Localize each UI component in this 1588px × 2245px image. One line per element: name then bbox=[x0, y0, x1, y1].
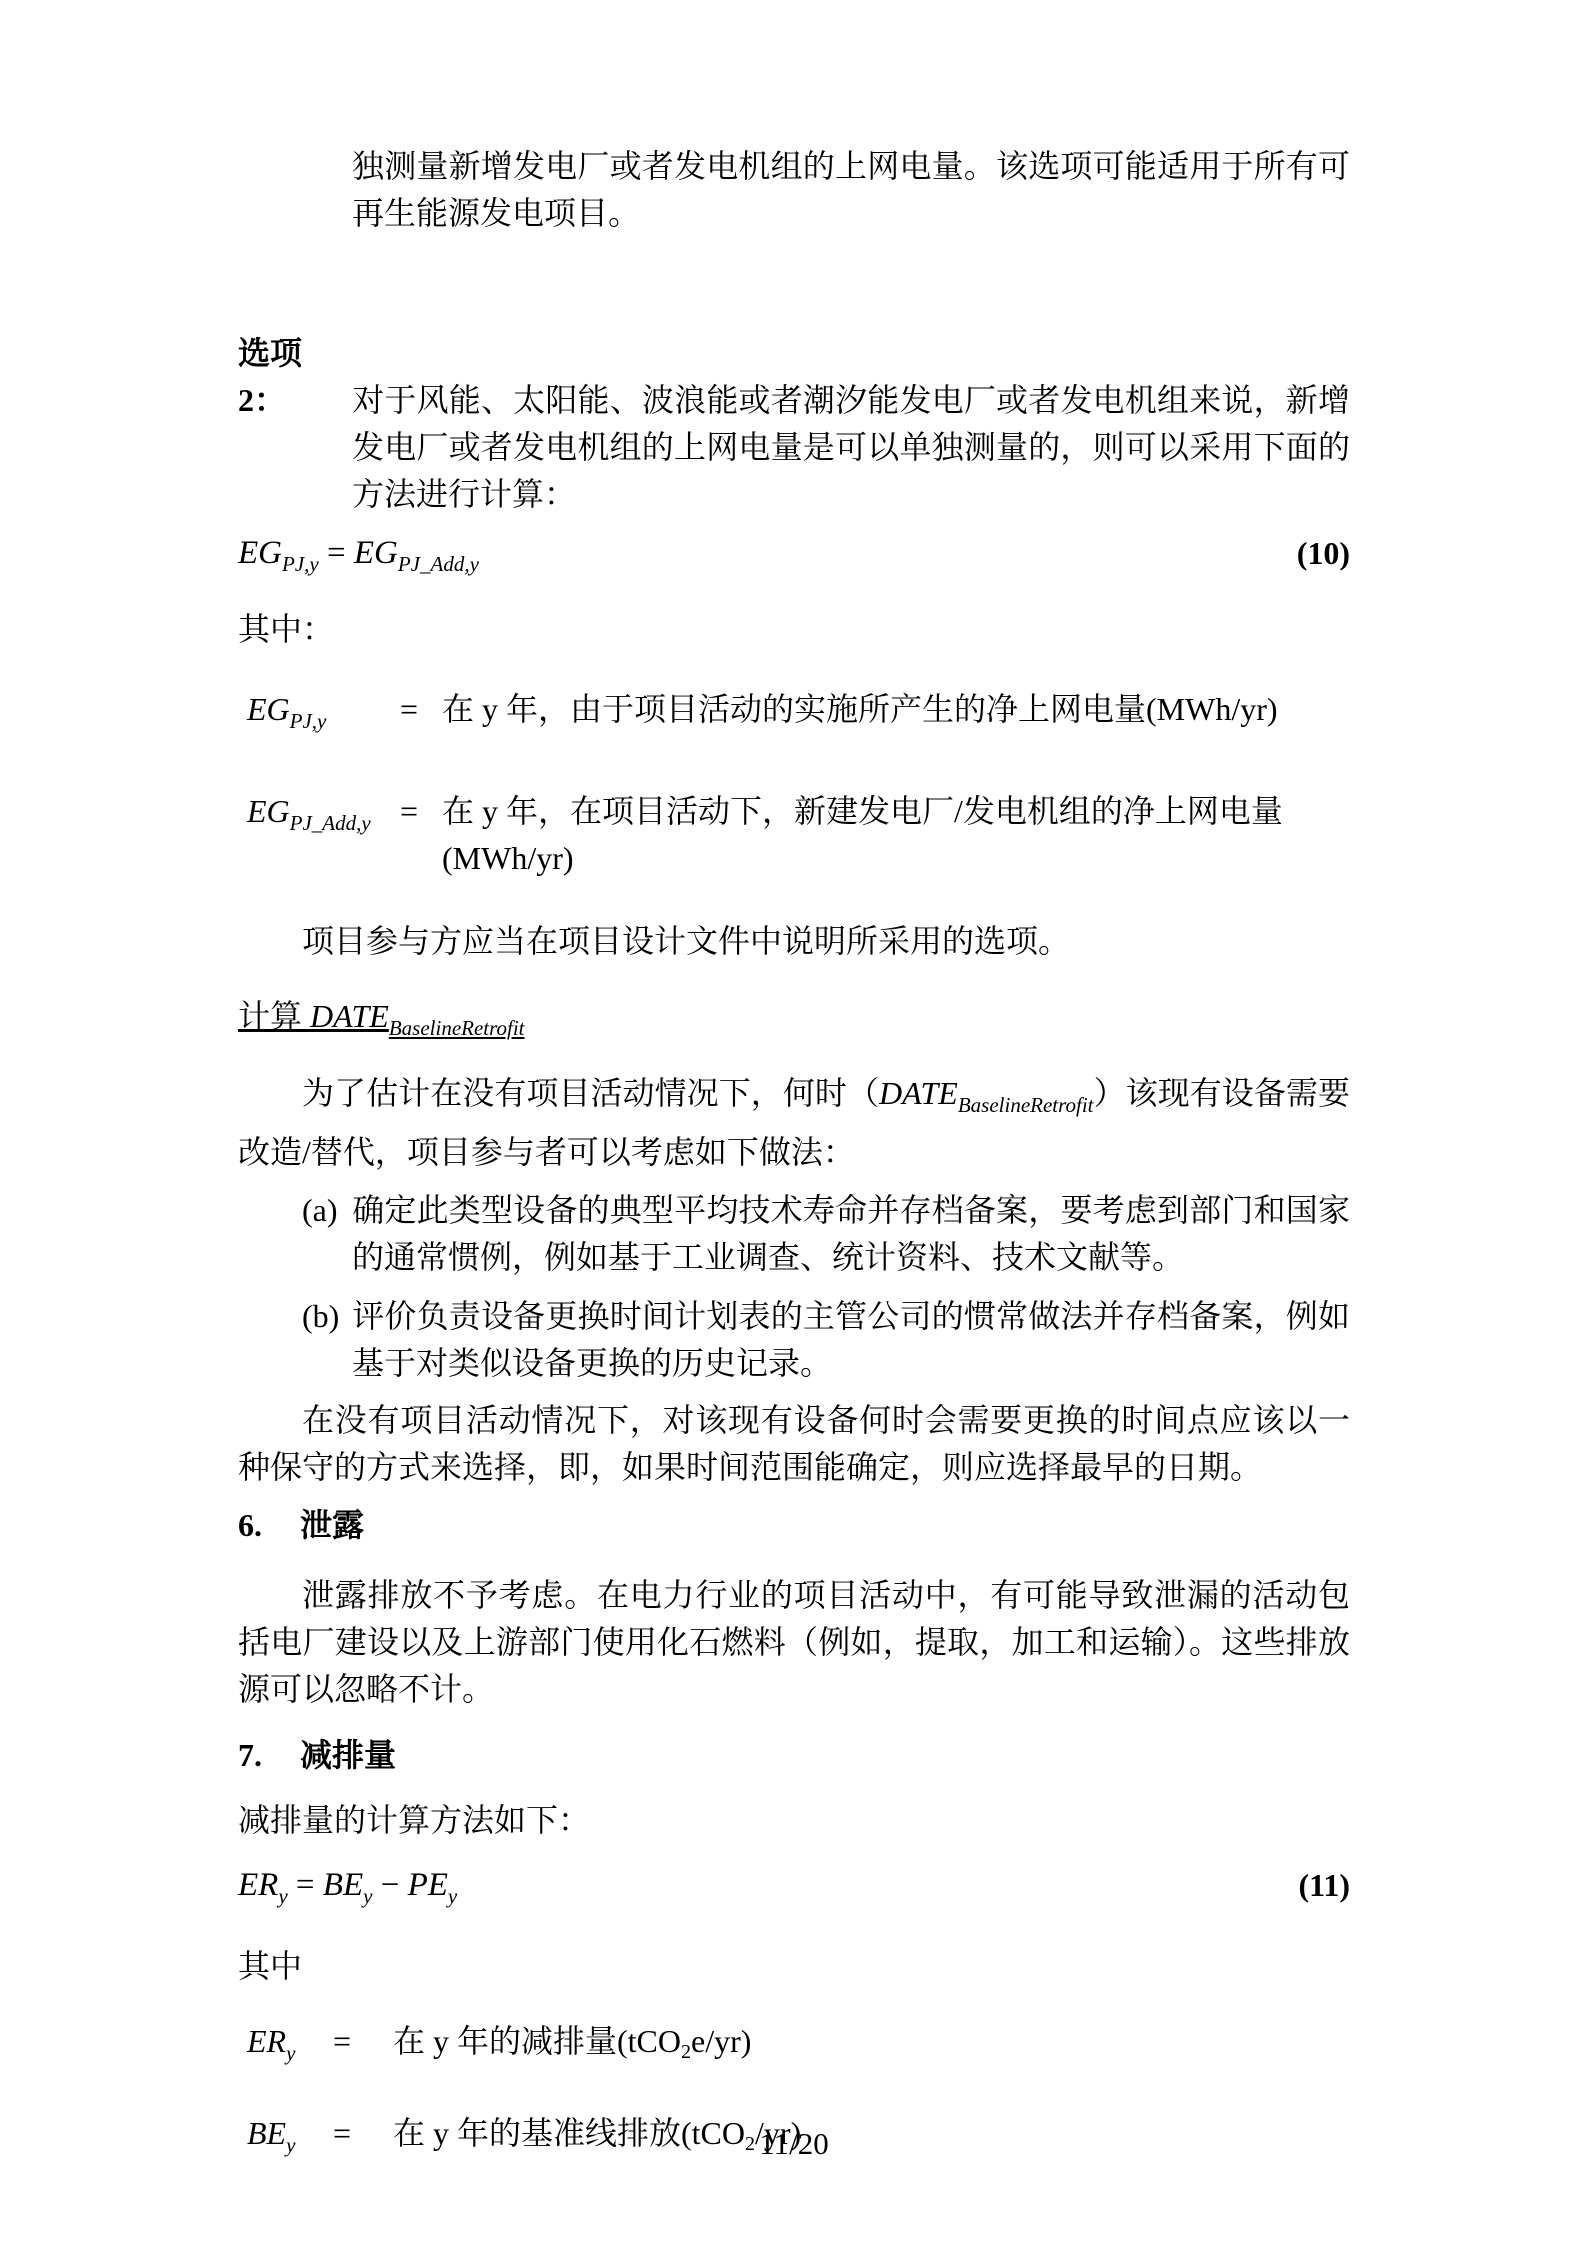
term-subscript: PJ,y bbox=[290, 709, 327, 733]
section-6-heading: 6.泄露 bbox=[238, 1502, 1350, 1549]
formula-11-term1: ER bbox=[238, 1867, 278, 1903]
definition-row-er: ERy = 在 y 年的减排量(tCO2e/yr) bbox=[238, 2018, 1350, 2077]
option2-text: 对于风能、太阳能、波浪能或者潮汐能发电厂或者发电机组来说，新增发电厂或者发电机组… bbox=[352, 382, 1350, 512]
definition-equals: = bbox=[400, 788, 442, 882]
definition-equals: = bbox=[333, 2018, 393, 2077]
list-item-a-text: 确定此类型设备的典型平均技术寿命并存档备案，要考虑到部门和国家的通常惯例，例如基… bbox=[352, 1192, 1350, 1275]
estimate-text-1: 为了估计在没有项目活动情况下，何时（ bbox=[302, 1075, 879, 1111]
page-content: 独测量新增发电厂或者发电机组的上网电量。该选项可能适用于所有可再生能源发电项目。… bbox=[238, 143, 1350, 2169]
term-base: ER bbox=[247, 2023, 286, 2059]
er-intro-paragraph: 减排量的计算方法如下： bbox=[238, 1797, 1350, 1844]
term-base: EG bbox=[247, 793, 290, 829]
option2-block: 选项 2：对于风能、太阳能、波浪能或者潮汐能发电厂或者发电机组来说，新增发电厂或… bbox=[238, 330, 1350, 518]
where-label-1: 其中： bbox=[238, 606, 1350, 653]
term-base: EG bbox=[247, 691, 290, 727]
list-item-b-label: (b) bbox=[302, 1293, 352, 1340]
section-6-number: 6. bbox=[238, 1502, 300, 1549]
formula-11-term3-subscript: y bbox=[448, 1884, 457, 1908]
term-subscript: PJ_Add,y bbox=[290, 811, 371, 835]
calc-heading-subscript: BaselineRetrofit bbox=[389, 1016, 525, 1040]
calc-date-heading: 计算 DATEBaselineRetrofit bbox=[238, 993, 1350, 1052]
definition-equals: = bbox=[400, 686, 442, 745]
definition-desc: 在 y 年，在项目活动下，新建发电厂/发电机组的净上网电量 (MWh/yr) bbox=[442, 788, 1350, 882]
section-6-title: 泄露 bbox=[300, 1507, 364, 1543]
desc-line-1: 在 y 年，在项目活动下，新建发电厂/发电机组的净上网电量 bbox=[442, 793, 1283, 829]
formula-10-expression: EGPJ,y = EGPJ_Add,y bbox=[238, 530, 479, 588]
section-7-title: 减排量 bbox=[300, 1737, 396, 1773]
formula-10-lhs-subscript: PJ,y bbox=[282, 552, 319, 576]
desc-post: e/yr) bbox=[691, 2023, 751, 2059]
formula-11-expression: ERy = BEy − PEy bbox=[238, 1862, 457, 1920]
definition-term: EGPJ,y bbox=[238, 686, 400, 745]
page-number: 11/20 bbox=[0, 2120, 1588, 2167]
document-page: { "page": { "number": "11/20" }, "conten… bbox=[0, 0, 1588, 2245]
formula-10: EGPJ,y = EGPJ_Add,y (10) bbox=[238, 530, 1350, 588]
where-label-2: 其中 bbox=[238, 1943, 1350, 1990]
formula-11-term3: PE bbox=[408, 1867, 448, 1903]
section-7-heading: 7.减排量 bbox=[238, 1732, 1350, 1779]
list-item-b: (b)评价负责设备更换时间计划表的主管公司的惯常做法并存档备案，例如基于对类似设… bbox=[238, 1293, 1350, 1387]
desc-subscript: 2 bbox=[681, 2041, 691, 2063]
conservative-paragraph: 在没有项目活动情况下，对该现有设备何时会需要更换的时间点应该以一种保守的方式来选… bbox=[238, 1397, 1350, 1491]
formula-10-rhs-subscript: PJ_Add,y bbox=[398, 552, 479, 576]
leakage-paragraph: 泄露排放不予考虑。在电力行业的项目活动中，有可能导致泄漏的活动包括电厂建设以及上… bbox=[238, 1572, 1350, 1713]
option2-label: 选项 2： bbox=[238, 330, 352, 424]
formula-10-lhs: EG bbox=[238, 535, 282, 571]
desc-line-2: (MWh/yr) bbox=[442, 840, 574, 876]
formula-11-term1-subscript: y bbox=[278, 1884, 287, 1908]
desc-pre: 在 y 年的减排量(tCO bbox=[393, 2023, 681, 2059]
list-item-a-label: (a) bbox=[302, 1187, 352, 1234]
estimate-variable: DATE bbox=[879, 1075, 958, 1111]
formula-11-number: (11) bbox=[1298, 1862, 1350, 1909]
definition-term: EGPJ_Add,y bbox=[238, 788, 400, 882]
calc-heading-variable: DATE bbox=[310, 998, 389, 1034]
continuation-paragraph: 独测量新增发电厂或者发电机组的上网电量。该选项可能适用于所有可再生能源发电项目。 bbox=[352, 143, 1350, 237]
list-item-b-text: 评价负责设备更换时间计划表的主管公司的惯常做法并存档备案，例如基于对类似设备更换… bbox=[352, 1298, 1350, 1381]
definition-desc: 在 y 年的减排量(tCO2e/yr) bbox=[393, 2018, 1350, 2077]
calc-heading-prefix: 计算 bbox=[238, 998, 310, 1034]
formula-11-term2: BE bbox=[323, 1867, 363, 1903]
definition-desc: 在 y 年，由于项目活动的实施所产生的净上网电量(MWh/yr) bbox=[442, 686, 1350, 745]
list-item-a: (a)确定此类型设备的典型平均技术寿命并存档备案，要考虑到部门和国家的通常惯例，… bbox=[238, 1187, 1350, 1281]
estimate-variable-subscript: BaselineRetrofit bbox=[958, 1093, 1094, 1117]
pdd-paragraph: 项目参与方应当在项目设计文件中说明所采用的选项。 bbox=[238, 918, 1350, 965]
section-7-number: 7. bbox=[238, 1732, 300, 1779]
definition-row-eg-pjy: EGPJ,y = 在 y 年，由于项目活动的实施所产生的净上网电量(MWh/yr… bbox=[238, 686, 1350, 745]
term-subscript: y bbox=[286, 2041, 295, 2065]
formula-10-rhs: EG bbox=[354, 535, 398, 571]
estimate-paragraph: 为了估计在没有项目活动情况下，何时（DATEBaselineRetrofit）该… bbox=[238, 1070, 1350, 1176]
definition-row-eg-pj-add: EGPJ_Add,y = 在 y 年，在项目活动下，新建发电厂/发电机组的净上网… bbox=[238, 788, 1350, 882]
formula-10-equals: = bbox=[319, 535, 354, 571]
formula-11-minus: − bbox=[372, 1867, 407, 1903]
formula-11-equals: = bbox=[288, 1867, 323, 1903]
definition-term: ERy bbox=[238, 2018, 333, 2077]
formula-10-number: (10) bbox=[1297, 530, 1350, 577]
formula-11: ERy = BEy − PEy (11) bbox=[238, 1862, 1350, 1920]
